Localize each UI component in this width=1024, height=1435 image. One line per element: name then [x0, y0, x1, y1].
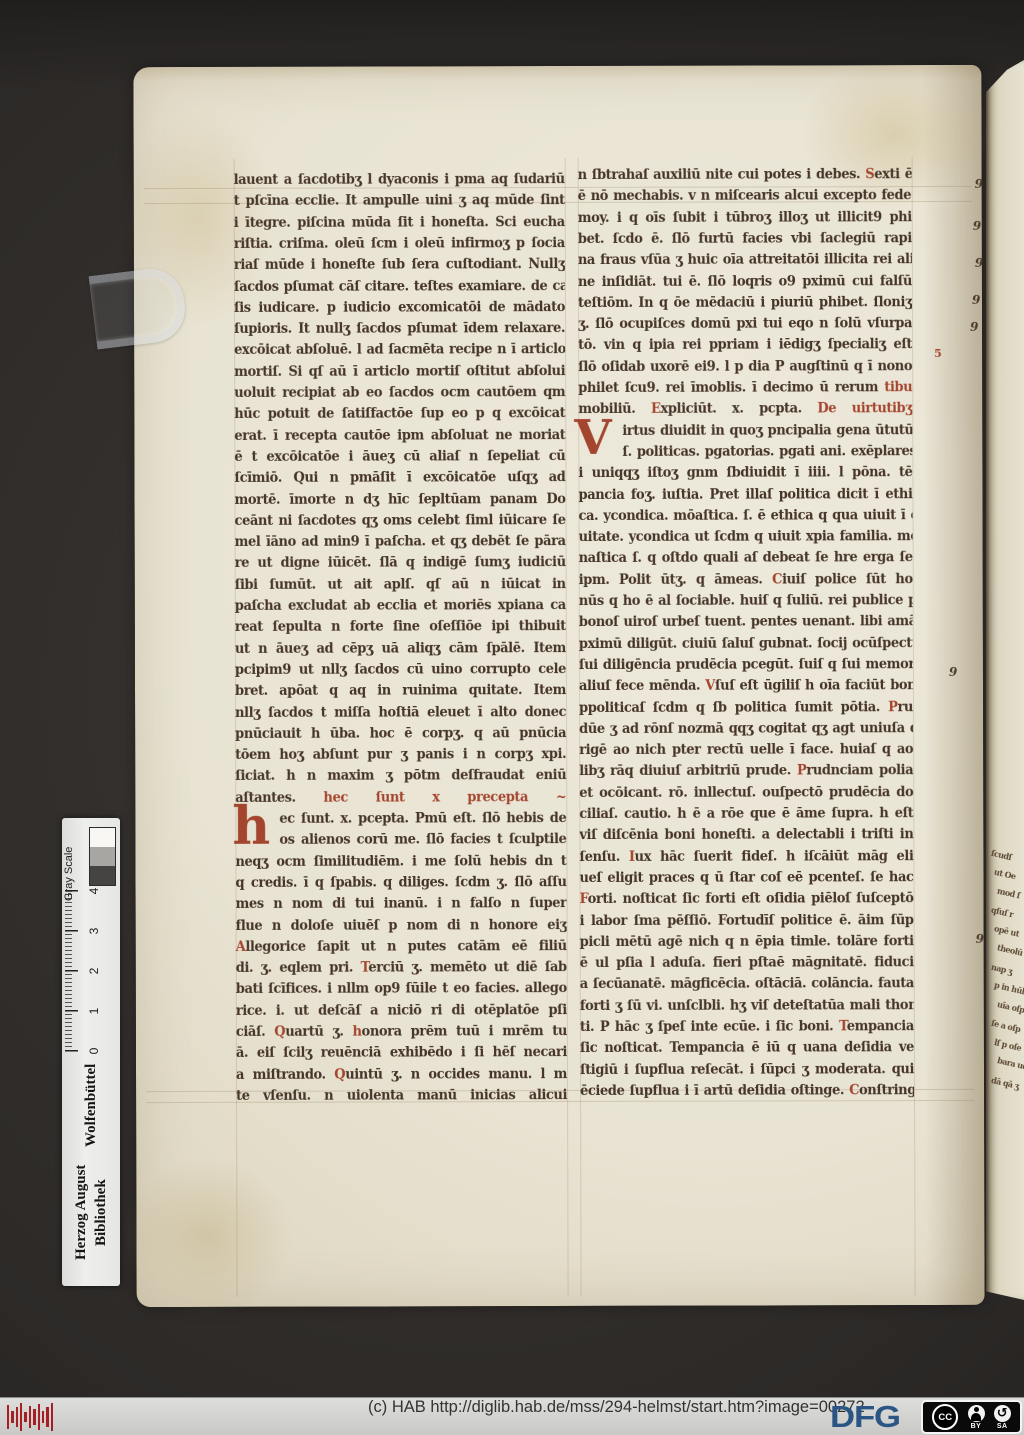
manuscript-line: viſ diſcēnia boni honeſti. a delectabli … — [579, 825, 913, 847]
sa-arrow-icon: ↺ — [994, 1405, 1011, 1422]
manuscript-line: ēciede ſupflua i ī artū deſidia oſtinge.… — [580, 1081, 914, 1103]
margin-paragraph-mark: 9 — [970, 320, 978, 334]
manuscript-line: rice. i. ut deſcāſ a niciō ri di otēplat… — [236, 1000, 567, 1022]
manuscript-line: ne inſidiāt. tui ē. ſlō loqris o9 pximū … — [578, 271, 912, 293]
manuscript-line: paſcha excludat ab ecclia et moriēs xpia… — [235, 596, 566, 618]
manuscript-line: ueſ eligit praces q ū ſtar coſ eē pcente… — [579, 868, 913, 890]
body-text: exti ē — [874, 167, 911, 183]
body-text: ca. ycondica. mōaſtica. ſ. ē ethica q qu… — [579, 508, 913, 525]
library-name-line1: Herzog August Bibliothek — [71, 1147, 112, 1278]
ruler-number: 4 — [87, 883, 101, 899]
rubric-text: De uirtutibʒ — [817, 401, 912, 417]
parchment-stain — [122, 1157, 292, 1317]
body-text: ti. P hāc ʒ ſpeſ inte ecūe. i ſic boni. — [580, 1019, 839, 1035]
rubric-text: Q — [274, 1024, 285, 1040]
manuscript-line: bati ſcīfices. i nllm op9 ſūile t eo fac… — [236, 979, 567, 1001]
body-text: ſui diligēncia prudēcia pcegūt. ſuiſ q ſ… — [579, 657, 913, 674]
barcode-bar — [11, 1411, 14, 1423]
manuscript-line: ceānt ni ſacdotes qʒ oms celebt ſiml iūi… — [235, 510, 566, 532]
rubric-text: F — [580, 892, 588, 908]
manuscript-line: ā. eiſ ſcilʒ reuēnciā exhibēdo i ſi hēſ … — [236, 1043, 567, 1065]
body-text: teſtiōm. In q ōe mēdaciū i piuriū phibet… — [578, 295, 912, 311]
edge-text-fragment: ut Oe — [993, 867, 1017, 882]
manuscript-line: ſic noſticat. Tempancia ē iū q uana deſi… — [580, 1038, 914, 1060]
body-text: erat. ī recepta cautōe ipm abſoluat ne m… — [234, 427, 565, 443]
body-text: tō. vin q ipia rei ppriam i iēdigʒ ſpeci… — [578, 337, 912, 353]
body-text: ceānt ni ſacdotes qʒ oms celebt ſiml iūi… — [235, 512, 566, 528]
manuscript-line: libʒ rāq diuiuſ arbitriū prude. Prudncia… — [579, 761, 913, 783]
manuscript-line: ſacdos pſumat cāſ citare. teſtes examiar… — [234, 276, 565, 298]
body-text: onſtringe — [859, 1083, 914, 1099]
body-text: flue n doloſe uiuēſ p nom di n honore ei… — [236, 917, 567, 933]
dfg-logo: DFG — [830, 1398, 900, 1435]
manuscript-line: i labor ſma pēſſiō. Fortudīſ politice ē.… — [580, 910, 914, 932]
manuscript-line: ec ſunt. x. pcepta. Pmū eſt. ſlō hebis d… — [235, 809, 566, 831]
manuscript-line: ſ. politicas. pgatorias. pgati ani. exēp… — [578, 442, 912, 464]
manuscript-line: ciāſ. Quartū ʒ. honora prēm tuū i mrēm t… — [236, 1022, 567, 1044]
manuscript-line: mortē. īmorte n dʒ hīc ſepltūam panam Do — [234, 489, 565, 511]
manuscript-line: irtus diuidit in quoʒ pncipalia gena ūtu… — [578, 420, 912, 442]
body-text: ſic noſticat. Tempancia ē iū q uana deſi… — [580, 1040, 914, 1056]
body-text: ſibi ſumūt. ut ait aplſ. qſ aū n iūicat … — [235, 576, 566, 592]
manuscript-line: uitate. ycondica ut ſcdm q uiuit xpia fa… — [579, 527, 913, 549]
manuscript-line: erat. ī recepta cautōe ipm abſoluat ne m… — [234, 425, 565, 447]
body-text: uitate. ycondica ut ſcdm q uiuit xpia fa… — [579, 529, 913, 545]
body-text: bati ſcīfices. i nllm op9 ſūile t eo fac… — [236, 981, 567, 997]
ruler-number: 3 — [87, 923, 101, 939]
body-text: bet. ſcdo ē. ſlō furtū facies vbi ſacleg… — [578, 231, 912, 247]
cc-icon: CC — [932, 1404, 958, 1430]
body-text: ut n āueʒ ad cēpʒ uā aliqʒ cām ſpālē. It… — [235, 640, 566, 656]
body-text: ru — [898, 699, 914, 715]
manuscript-line: mortiſ. Si qſ aū ī articlo mortiſ oſtitu… — [234, 361, 565, 383]
manuscript-line: moy. i q oīs ſubit i tūbroʒ illoʒ ut ill… — [578, 207, 912, 229]
body-text: xpliciūt. x. pcpta. — [660, 401, 817, 417]
body-text: ſiciat. h n maxim ʒ pōtm deſfraudat eniū — [235, 768, 566, 784]
manuscript-line: rigē ao nich pter rectū uelle ī face. hu… — [579, 740, 913, 762]
manuscript-line: ē nō mechabis. v n miſcearis alcui excep… — [578, 186, 912, 208]
rubric-text: C — [849, 1083, 859, 1099]
body-text: bret. apōat q aq in ruinima quitate. Ite… — [235, 683, 566, 699]
manuscript-line: lauent a ſacdotibʒ l dyaconis i pma aq ſ… — [234, 170, 565, 192]
manuscript-line: naſtica ſ. q oſtdo quali aſ debeat ſe hr… — [579, 548, 913, 570]
manuscript-line: pximū diligūt. ciuiū ſaluſ gubnat. ſocij… — [579, 633, 913, 655]
facing-page-edge: ſcudſut Oemod ſqſuſ ropē uttheolūnap ʒp … — [986, 60, 1024, 1300]
body-text: aliuſ fece mēnda. — [579, 678, 705, 694]
body-text: riſtia. criſma. oleū ſcm i oleū infirmoʒ… — [234, 236, 565, 252]
body-text: riaſ mūde i honeſte ſub ſera cuſtodiant.… — [234, 257, 565, 273]
body-text: ppoliticaſ ſcdm q ſb politica ſumit pōti… — [579, 699, 888, 715]
manuscript-line: tō. vin q ipia rei ppriam i iēdigʒ ſpeci… — [578, 335, 912, 357]
manuscript-line: ſibi ſumūt. ut ait aplſ. qſ aū n iūicat … — [235, 574, 566, 596]
rubric-text: V — [705, 678, 715, 694]
body-text: ē t excōicatōe i āueʒ cū aliaſ n ſepelia… — [234, 449, 565, 465]
barcode-bar — [16, 1407, 18, 1427]
rubric-text: h — [352, 1024, 361, 1040]
body-text: ſlō oſidab uxorē ei9. l p dia P augſtinū… — [578, 358, 912, 374]
body-text: mes n nom di tui inanū. i n falſo n ſupe… — [236, 896, 567, 912]
gray-scale-ruler: Gray Scale 43210 Herzog August Bibliothe… — [62, 818, 120, 1286]
manuscript-line: aſtantes. hec ſunt x precepta ~ — [235, 787, 566, 809]
barcode-bar — [7, 1405, 9, 1429]
rubric-text: C — [772, 572, 782, 588]
manuscript-line: nllʒ ſacdos t miſſa hoſtiā eleuet ī alto… — [235, 702, 566, 724]
edge-text-fragment: theolū — [996, 942, 1023, 958]
manuscript-line: pancia foʒ. iuſtia. Pret illaſ politica … — [578, 484, 912, 506]
body-text: ſenſu. — [579, 849, 629, 865]
body-text: i uniqqʒ iſtoʒ gnm ſbdiuidit ī iiii. l p… — [578, 465, 912, 481]
rubric-text: T — [361, 960, 369, 976]
footer-bar: (c) HAB http://diglib.hab.de/mss/294-hel… — [0, 1397, 1024, 1435]
body-text: rice. i. ut deſcāſ a niciō ri di otēplat… — [236, 1002, 567, 1018]
manuscript-line: tōem hoʒ abſunt pur ʒ panis i n corpʒ xp… — [235, 745, 566, 767]
body-text: pnūciauit h ūba. hoc ē corpʒ. q aū pnūci… — [235, 725, 566, 741]
body-text: ēciede ſupflua i ī artū deſidia oſtinge. — [580, 1083, 849, 1099]
body-text: ec ſunt. x. pcepta. Pmū eſt. ſlō hebis d… — [279, 811, 566, 827]
manuscript-line: uoluit recipiat ab eo ſacdos ocm cautōem… — [234, 383, 565, 405]
margin-paragraph-mark: 9 — [949, 665, 957, 679]
rubric-text: A — [236, 939, 246, 955]
body-text: empancia — [847, 1019, 914, 1035]
body-text: ux hāc ſuerit fideſ. h iſcāiūt māg eli — [635, 848, 914, 864]
cc-sa-group: ↺ SA — [994, 1405, 1011, 1430]
barcode-bar — [46, 1407, 49, 1427]
margin-paragraph-mark: 9 — [976, 932, 984, 946]
manuscript-line: t pſcīna ecclie. It ampulle uini ʒ aq mū… — [234, 191, 565, 213]
gray-patch — [90, 828, 115, 847]
margin-paragraph-mark: 9 — [975, 177, 983, 191]
body-text: di. ʒ. eqlem pri. — [236, 960, 361, 976]
text-column-left: lauent a ſacdotibʒ l dyaconis i pma aq ſ… — [234, 170, 568, 1131]
rubric-initial-h: h — [232, 803, 270, 851]
body-text: moy. i q oīs ſubit i tūbroʒ illoʒ ut ill… — [578, 209, 912, 225]
manuscript-line: ſlō oſidab uxorē ei9. l p dia P augſtinū… — [578, 356, 912, 378]
rubric-text: P — [797, 763, 806, 779]
manuscript-line: philet ſcu9. rei īmoblis. ī decimo ū rer… — [578, 378, 912, 400]
manuscript-line: reat ſepulta n forte ſine oſeſſiōe ipi t… — [235, 617, 566, 639]
body-text: ſacdos pſumat cāſ citare. teſtes examiar… — [234, 278, 565, 294]
body-text: nllʒ ſacdos t miſſa hoſtiā eleuet ī alto… — [235, 704, 566, 720]
manuscript-line: neqʒ ocm ſimilitudiēm. i me ſolū hebis d… — [235, 851, 566, 873]
edge-text-fragment: opē ut — [993, 923, 1020, 938]
manuscript-line: pcipim9 ut nllʒ ſacdos cū uino corrupto … — [235, 659, 566, 681]
manuscript-line: q credis. ī q ſpabis. q diliges. ſcdm ʒ.… — [235, 872, 566, 894]
manuscript-line: te vſenſu. n uiolenta manū inicias alicu… — [236, 1085, 567, 1107]
body-text: mortē. īmorte n dʒ hīc ſepltūam panam Do — [234, 491, 565, 507]
barcode-bar — [29, 1406, 31, 1428]
body-text: q credis. ī q ſpabis. q diliges. ſcdm ʒ.… — [235, 875, 566, 891]
margin-paragraph-mark: 9 — [975, 256, 983, 270]
manuscript-line: ipm. Polit ūtʒ. q āmeas. Ciuiſ police ſū… — [579, 569, 913, 591]
body-text: ſuſ eſt ūgiliſ h oīa faciūt boni — [715, 678, 913, 694]
rubric-text: S — [865, 167, 874, 183]
barcode-bar — [42, 1411, 44, 1423]
body-text: neqʒ ocm ſimilitudiēm. i me ſolū hebis d… — [235, 853, 566, 869]
red-superscript-mark: 5 — [934, 347, 942, 360]
sa-label: SA — [997, 1423, 1008, 1430]
body-text: ē nō mechabis. v n miſcearis alcui excep… — [578, 188, 912, 205]
barcode-bar — [51, 1403, 53, 1431]
manuscript-line: na fraus vſūa ʒ huic oīa attreitatōi ill… — [578, 250, 912, 272]
body-text: i ītegre. piſcina mūda ſit i honeſta. Sc… — [234, 214, 565, 230]
body-text: orti. noſticat ſic forti eſt oſidia piēl… — [588, 891, 914, 907]
body-text: ʒ. ſlō ocupiſces domū pxi tui eqo n ſolū… — [578, 316, 912, 332]
manuscript-line: a ſecūanatē. māgficēcia. oſtāciā. colānc… — [580, 974, 914, 996]
body-text: uintū ʒ. n occides manu. l m — [345, 1066, 567, 1082]
body-text: ē ul pſia l aduſa. fīeri pſtaē māgnitatē… — [580, 955, 914, 971]
gray-patch — [90, 847, 115, 866]
manuscript-line: ſui diligēncia prudēcia pcegūt. ſuiſ q ſ… — [579, 655, 913, 677]
edge-text-fragment: dā qā ʒ — [990, 1075, 1020, 1091]
body-text: ſcīmiō. Qui n pmāſit ī excōicatōe uſqʒ a… — [234, 470, 565, 486]
ruler-ticks-cm — [65, 890, 78, 1052]
rubric-text: T — [839, 1019, 847, 1035]
manuscript-line: mel īāno ad min9 ī paſcha. et qʒ debēt ſ… — [235, 532, 566, 554]
manuscript-line: ē t excōicatōe i āueʒ cū aliaſ n ſepelia… — [234, 446, 565, 468]
manuscript-line: pnūciauit h ūba. hoc ē corpʒ. q aū pnūci… — [235, 723, 566, 745]
by-person-icon — [968, 1405, 985, 1422]
barcode-bar — [24, 1412, 27, 1422]
body-text: lauent a ſacdotibʒ l dyaconis i pma aq ſ… — [234, 172, 565, 188]
manuscript-line: ciliaſ. cautio. h ē a rōe que ē āme ſupr… — [579, 804, 913, 826]
manuscript-line: ut n āueʒ ad cēpʒ uā aliqʒ cām ſpālē. It… — [235, 638, 566, 660]
body-text: ā. eiſ ſcilʒ reuēnciā exhibēdo i ſi hēſ … — [236, 1045, 567, 1061]
manuscript-line: flue n doloſe uiuēſ p nom di n honore ei… — [236, 915, 567, 937]
body-text: rudnciam polia — [806, 763, 913, 779]
manuscript-line: ti. P hāc ʒ ſpeſ inte ecūe. i ſic boni. … — [580, 1017, 914, 1039]
body-text: libʒ rāq diuiuſ arbitriū prude. — [579, 763, 797, 779]
manuscript-line: hūc potuit de ſatiſfactōe ſup eo p q exc… — [234, 404, 565, 426]
body-text: reat ſepulta n forte ſine oſeſſiōe ipi t… — [235, 619, 566, 635]
body-text: ſis iudicare. p iudicio excomicatōi de m… — [234, 299, 565, 315]
edge-text-fragment: nap ʒ — [990, 962, 1013, 977]
body-text: paſcha excludat ab ecclia et moriēs xpia… — [235, 598, 566, 614]
manuscript-line: ſcīmiō. Qui n pmāſit ī excōicatōe uſqʒ a… — [234, 468, 565, 490]
body-text: ſtigiū i ſupflua reſecāt. i ſūpci ʒ mode… — [580, 1061, 914, 1077]
manuscript-line: a miſtrando. Quintū ʒ. n occides manu. l… — [236, 1064, 567, 1086]
manuscript-line: bonoſ uiroſ urbeſ tuent. pentes uenant. … — [579, 612, 913, 634]
body-text: ueſ eligit praces q ū ſtar coſ eē pcente… — [579, 870, 913, 886]
manuscript-page: lauent a ſacdotibʒ l dyaconis i pma aq ſ… — [133, 65, 984, 1307]
body-text: llegorice ſapit ut n putes catām eē fili… — [245, 938, 566, 954]
body-text: ciliaſ. cautio. h ē a rōe que ē āme ſupr… — [579, 806, 913, 822]
body-text: forti ʒ ſū vi. unſclbli. hʒ viſ deteſtat… — [580, 997, 914, 1014]
rubric-text: Q — [334, 1067, 345, 1083]
photo-background: { "colors":{ "background":"#2e2b28","par… — [0, 0, 1024, 1435]
body-text: irtus diuidit in quoʒ pncipalia gena ūtu… — [622, 422, 912, 438]
ruler-number: 1 — [87, 1003, 101, 1019]
manuscript-line: forti ʒ ſū vi. unſclbli. hʒ viſ deteſtat… — [580, 995, 914, 1017]
manuscript-line: di. ʒ. eqlem pri. Terciū ʒ. memēto ut di… — [236, 958, 567, 980]
body-text: pcipim9 ut nllʒ ſacdos cū uino corrupto … — [235, 662, 566, 678]
manuscript-line: Forti. noſticat ſic forti eſt oſidia piē… — [580, 889, 914, 911]
body-text: iuiſ police ſūt ho — [782, 571, 913, 587]
margin-paragraph-mark: 9 — [972, 293, 980, 307]
manuscript-line: et ocōicant. rō. inllectuſ. ouſpectō pru… — [579, 782, 913, 804]
manuscript-line: re ut digne iūicēt. ſlā q indigē ſumʒ iu… — [235, 553, 566, 575]
body-text: uartū ʒ. — [285, 1024, 352, 1040]
manuscript-line: bet. ſcdo ē. ſlō furtū facies vbi ſacleg… — [578, 229, 912, 251]
rubric-text: tibu — [884, 380, 912, 396]
body-text: ſupioris. It nullʒ ſacdos pſumat īdem re… — [234, 321, 565, 337]
body-text: ciāſ. — [236, 1024, 274, 1040]
manuscript-line: mes n nom di tui inanū. i n falſo n ſupe… — [236, 894, 567, 916]
rubric-initial-v: V — [574, 414, 611, 462]
body-text: naſtica ſ. q oſtdo quali aſ debeat ſe hr… — [579, 550, 913, 566]
manuscript-line: ca. ycondica. mōaſtica. ſ. ē ethica q qu… — [579, 505, 913, 527]
body-text: bonoſ uiroſ urbeſ tuent. pentes uenant. … — [579, 614, 913, 631]
body-text: ſ. politicas. pgatorias. pgati ani. exēp… — [622, 444, 912, 460]
edge-text-fragment: p in hūl — [993, 980, 1024, 997]
manuscript-line: Allegorice ſapit ut n putes catām eē fil… — [236, 936, 567, 958]
library-name: Herzog August Bibliothek Wolfenbüttel — [65, 1064, 117, 1278]
manuscript-line: ſtigiū i ſupflua reſecāt. i ſūpci ʒ mode… — [580, 1059, 914, 1081]
manuscript-line: riſtia. criſma. oleū ſcm i oleū infirmoʒ… — [234, 233, 565, 255]
edge-text-fragment: ſe a oſp — [990, 1018, 1021, 1034]
body-text: pancia foʒ. iuſtia. Pret illaſ politica … — [578, 486, 912, 502]
ruler-number: 2 — [87, 963, 101, 979]
body-text: nūs q ho ē al ſociable. huiſ q ſuliū. re… — [579, 593, 913, 609]
cc-by-group: BY — [968, 1405, 985, 1430]
body-text: os alienos corū me. ſlō facies t ſculpti… — [279, 832, 566, 848]
edge-text-fragment: ſcudſ — [990, 848, 1012, 862]
rubric-text: hec ſunt x precepta ~ — [323, 789, 566, 805]
manuscript-line: ſupioris. It nullʒ ſacdos pſumat īdem re… — [234, 319, 565, 341]
body-text: a miſtrando. — [236, 1067, 334, 1083]
manuscript-line: teſtiōm. In q ōe mēdaciū i piuriū phibet… — [578, 292, 912, 314]
manuscript-line: mobiliū. Expliciūt. x. pcpta. De uirtuti… — [578, 399, 912, 421]
manuscript-line: i uniqqʒ iſtoʒ gnm ſbdiuidit ī iiii. l p… — [578, 463, 912, 485]
gray-scale-patches — [89, 827, 116, 886]
manuscript-line: bret. apōat q aq in ruinima quitate. Ite… — [235, 681, 566, 703]
body-text: te vſenſu. n uiolenta manū inicias alicu… — [236, 1088, 567, 1104]
manuscript-line: ſenſu. Iux hāc ſuerit fideſ. h iſcāiūt m… — [579, 846, 913, 868]
barcode-bar — [38, 1404, 40, 1430]
barcode-bar — [20, 1403, 22, 1431]
body-text: t pſcīna ecclie. It ampulle uini ʒ aq mū… — [234, 193, 565, 209]
manuscript-line: n ſbtrahaſ auxiliū nite cui potes i debe… — [578, 165, 912, 187]
manuscript-line: excōicat abſoluē. l ad ſacmēta recipe n … — [234, 340, 565, 362]
body-text: a ſecūanatē. māgficēcia. oſtāciā. colānc… — [580, 976, 914, 993]
body-text: i labor ſma pēſſiō. Fortudīſ politice ē.… — [580, 912, 914, 928]
rubric-text: E — [651, 402, 661, 418]
body-text: excōicat abſoluē. l ad ſacmēta recipe n … — [234, 342, 565, 358]
body-text: mel īāno ad min9 ī paſcha. et qʒ debēt ſ… — [235, 534, 566, 550]
library-name-line2: Wolfenbüttel — [81, 1064, 101, 1147]
manuscript-line: dūe ʒ ad rōnſ nozmā qqʒ cogitat qʒ agt u… — [579, 718, 913, 740]
body-text: n ſbtrahaſ auxiliū nite cui potes i debe… — [578, 167, 866, 183]
body-text: et ocōicant. rō. inllectuſ. ouſpectō pru… — [579, 784, 913, 800]
body-text: picli mētū agē nich q n ēpia timle. tolā… — [580, 934, 914, 950]
manuscript-line: aliuſ fece mēnda. Vſuſ eſt ūgiliſ h oīa … — [579, 676, 913, 698]
cc-license-badge: CC BY ↺ SA — [921, 1400, 1022, 1434]
manuscript-line: ſiciat. h n maxim ʒ pōtm deſfraudat eniū — [235, 766, 566, 788]
body-text: re ut digne iūicēt. ſlā q indigē ſumʒ iu… — [235, 555, 566, 571]
color-barcode — [7, 1398, 53, 1435]
manuscript-line: ſis iudicare. p iudicio excomicatōi de m… — [234, 297, 565, 319]
manuscript-line: i ītegre. piſcina mūda ſit i honeſta. Sc… — [234, 212, 565, 234]
text-column-right: n ſbtrahaſ auxiliū nite cui potes i debe… — [578, 165, 915, 1126]
manuscript-line: ppoliticaſ ſcdm q ſb politica ſumit pōti… — [579, 697, 913, 719]
manuscript-line: ē ul pſia l aduſa. fīeri pſtaē māgnitatē… — [580, 953, 914, 975]
body-text: ipm. Polit ūtʒ. q āmeas. — [579, 572, 772, 588]
edge-text-fragment: bara udil — [996, 1055, 1024, 1073]
edge-text-fragment: lſ p oſe — [993, 1037, 1022, 1053]
ruler-number: 0 — [87, 1043, 101, 1059]
edge-text-fragment: mod ſ — [996, 886, 1021, 901]
body-text: viſ diſcēnia boni honeſti. a delectabli … — [579, 827, 913, 843]
body-text: na fraus vſūa ʒ huic oīa attreitatōi ill… — [578, 252, 912, 269]
manuscript-line: picli mētū agē nich q n ēpia timle. tolā… — [580, 931, 914, 953]
body-text: uoluit recipiat ab eo ſacdos ocm cautōem… — [234, 385, 565, 401]
body-text: dūe ʒ ad rōnſ nozmā qqʒ cogitat qʒ agt u… — [579, 721, 913, 738]
page-clip — [88, 258, 195, 345]
manuscript-line: os alienos corū me. ſlō facies t ſculpti… — [235, 830, 566, 852]
copyright-url: (c) HAB http://diglib.hab.de/mss/294-hel… — [368, 1398, 865, 1435]
manuscript-line: nūs q ho ē al ſociable. huiſ q ſuliū. re… — [579, 591, 913, 613]
body-text: mortiſ. Si qſ aū ī articlo mortiſ oſtitu… — [234, 363, 565, 379]
edge-text-fragment: qſuſ r — [990, 905, 1014, 920]
body-text: ne inſidiāt. tui ē. ſlō loqris o9 pximū … — [578, 273, 912, 289]
body-text: onora prēm tuū i mrēm tu — [362, 1024, 567, 1040]
body-text: philet ſcu9. rei īmoblis. ī decimo ū rer… — [578, 380, 884, 396]
body-text: tōem hoʒ abſunt pur ʒ panis i n corpʒ xp… — [235, 747, 566, 763]
body-text: pximū diligūt. ciuiū ſaluſ gubnat. ſocij… — [579, 635, 913, 651]
body-text: rigē ao nich pter rectū uelle ī face. hu… — [579, 742, 913, 758]
manuscript-line: riaſ mūde i honeſte ſub ſera cuſtodiant.… — [234, 255, 565, 277]
body-text: erciū ʒ. memēto ut diē ſab — [368, 960, 566, 976]
edge-text-fragment: uīa oſp — [996, 999, 1024, 1015]
manuscript-line: ʒ. ſlō ocupiſces domū pxi tui eqo n ſolū… — [578, 314, 912, 336]
by-label: BY — [971, 1423, 982, 1430]
margin-paragraph-mark: 9 — [973, 219, 981, 233]
barcode-bar — [33, 1409, 36, 1425]
body-text: hūc potuit de ſatiſfactōe ſup eo p q exc… — [234, 406, 565, 422]
